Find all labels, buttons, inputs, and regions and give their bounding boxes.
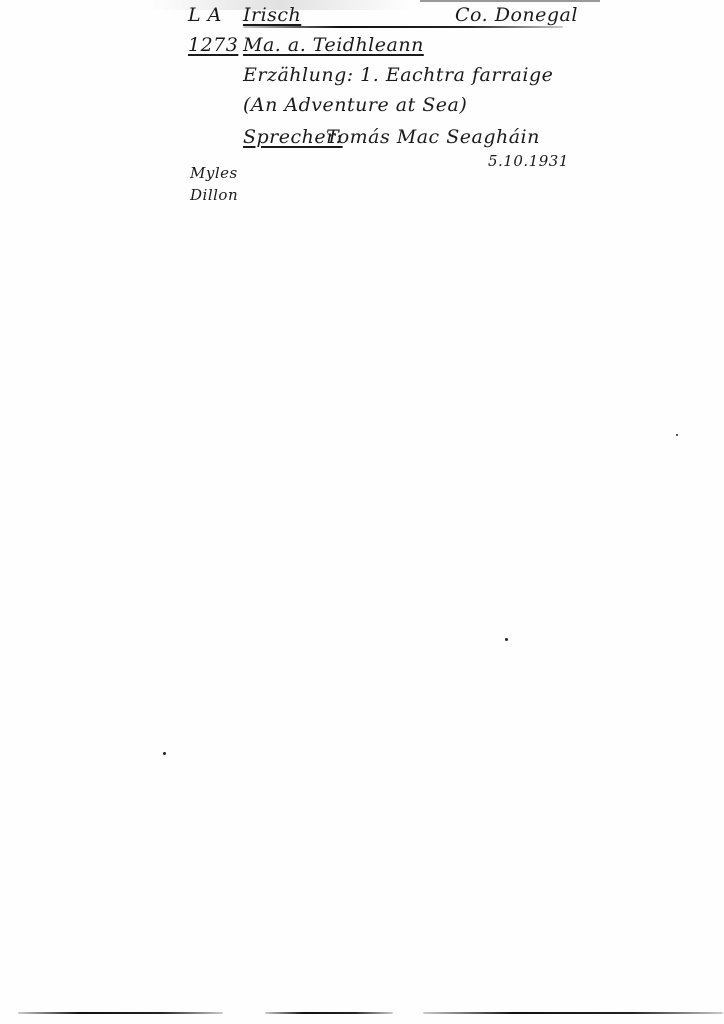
scan-speck [676,434,678,436]
collection-code: L A [188,4,222,26]
recording-date: 5.10.1931 [488,152,569,170]
county-label: Co. Donegal [455,4,578,26]
bottom-rule-left [18,1012,223,1014]
speaker-name: Tomás Mac Seagháin [326,126,540,148]
recorder-first-name: Myles [190,164,238,182]
recorder-last-name: Dillon [190,186,238,204]
translation-line: (An Adventure at Sea) [243,94,467,116]
record-number: 1273 [188,34,238,56]
language-label: Irisch [243,4,301,26]
narrative-line: Erzählung: 1. Eachtra farraige [243,64,553,86]
bottom-rule-middle [265,1012,393,1014]
document-page: L A Irisch Co. Donegal 1273 Ma. a. Teidh… [0,0,724,1024]
scan-speck [505,638,508,641]
page-top-edge [420,0,600,2]
recording-title: Ma. a. Teidhleann [243,34,424,56]
header-underline [243,26,563,28]
scan-speck [163,752,166,755]
bottom-rule-right [423,1012,723,1014]
